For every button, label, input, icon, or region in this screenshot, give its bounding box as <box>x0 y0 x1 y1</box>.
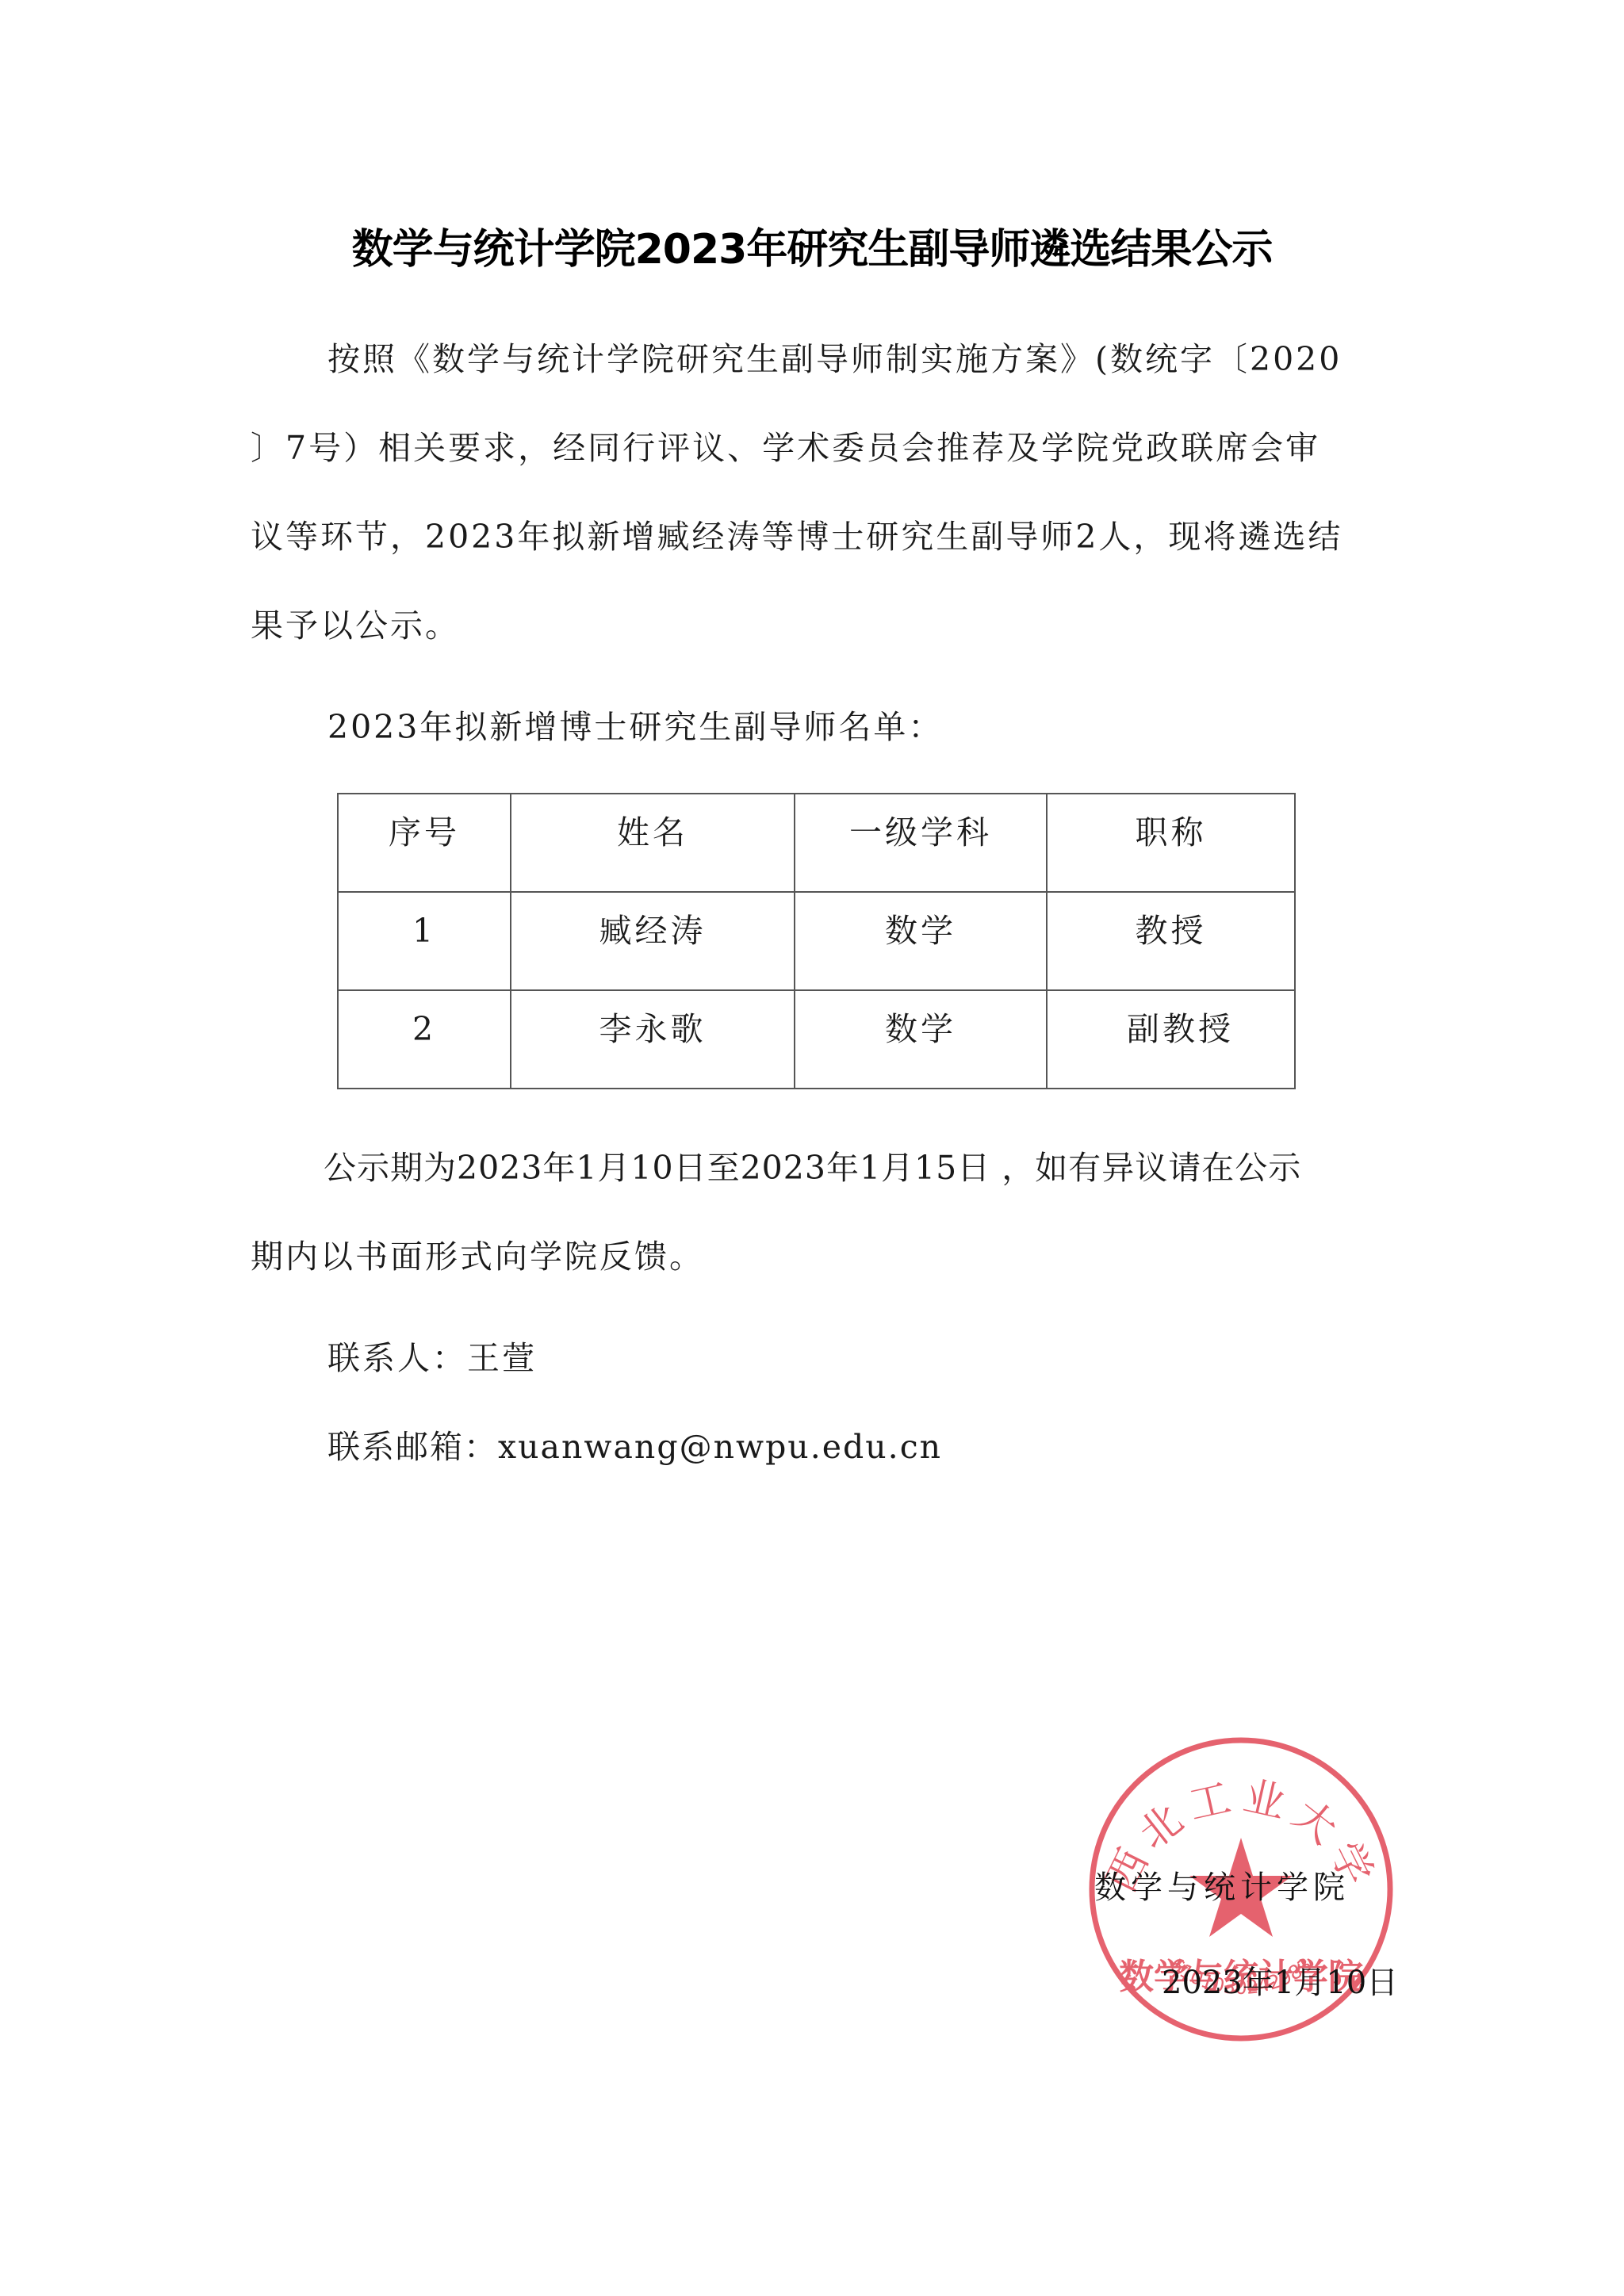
header-cell-title: 职称 <box>1047 794 1295 892</box>
cell-name: 臧经涛 <box>511 892 795 990</box>
signature-date: 2023年1月10日 <box>1162 1962 1398 2003</box>
page-title: 数学与统计学院2023年研究生副导师遴选结果公示 <box>238 222 1386 277</box>
advisor-table: 序号 姓名 一级学科 职称 1 臧经涛 数学 教授 2 李永歌 数学 副教授 <box>337 793 1296 1089</box>
cell-discipline: 数学 <box>795 892 1047 990</box>
table-header-row: 序号 姓名 一级学科 职称 <box>338 794 1295 892</box>
contact-person: 联系人：王萱 <box>327 1336 537 1380</box>
header-cell-index: 序号 <box>338 794 511 892</box>
cell-index: 2 <box>338 990 511 1089</box>
document-page: 数学与统计学院2023年研究生副导师遴选结果公示 按照《数学与统计学院研究生副导… <box>0 0 1624 2296</box>
list-heading: 2023年拟新增博士研究生副导师名单： <box>327 705 943 749</box>
table-row: 1 臧经涛 数学 教授 <box>338 892 1295 990</box>
header-cell-name: 姓名 <box>511 794 795 892</box>
cell-name: 李永歌 <box>511 990 795 1089</box>
paragraph-line: 议等环节，2023年拟新增臧经涛等博士研究生副导师2人，现将遴选结 <box>251 515 1342 559</box>
table-row: 2 李永歌 数学 副教授 <box>338 990 1295 1089</box>
contact-email: 联系邮箱：xuanwang@nwpu.edu.cn <box>327 1425 942 1469</box>
paragraph-line: 〕7号）相关要求，经同行评议、学术委员会推荐及学院党政联席会审 <box>251 426 1320 470</box>
header-cell-discipline: 一级学科 <box>795 794 1047 892</box>
signature-organization: 数学与统计学院 <box>1094 1867 1350 1908</box>
cell-discipline: 数学 <box>795 990 1047 1089</box>
cell-index: 1 <box>338 892 511 990</box>
paragraph-line: 果予以公示。 <box>251 603 460 648</box>
cell-title: 副教授 <box>1047 990 1295 1089</box>
paragraph-line: 按照《数学与统计学院研究生副导师制实施方案》(数统字〔2020 <box>327 337 1342 381</box>
paragraph-line: 期内以书面形式向学院反馈。 <box>251 1234 704 1279</box>
cell-title: 教授 <box>1047 892 1295 990</box>
paragraph-line: 公示期为2023年1月10日至2023年1月15日 ，如有异议请在公示 <box>324 1146 1301 1190</box>
